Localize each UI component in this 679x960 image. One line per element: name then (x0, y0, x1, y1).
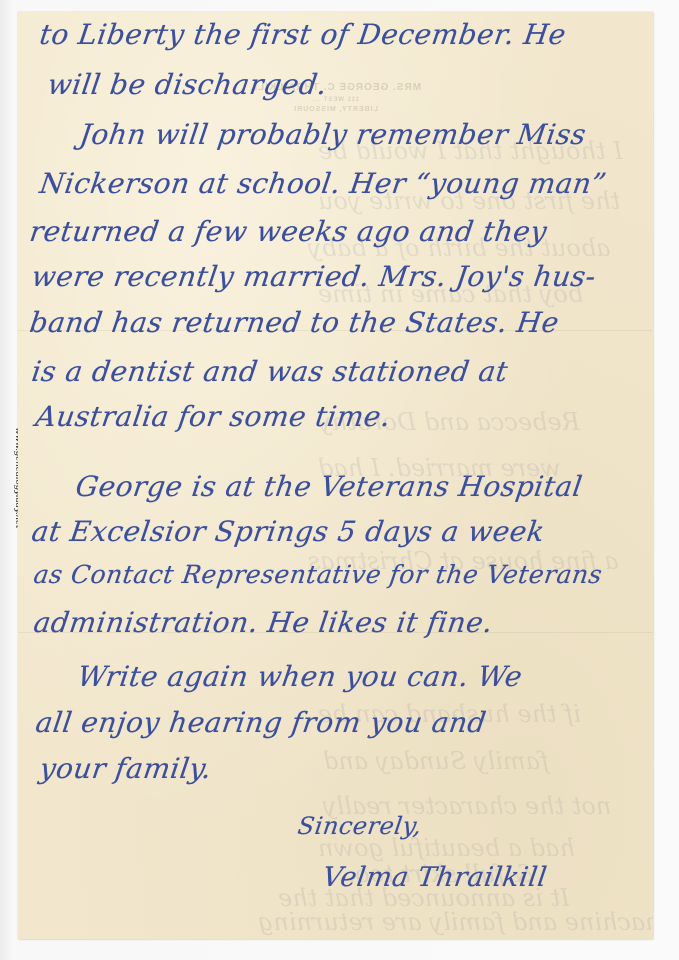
letter-page: MRS. GEORGE C. THRAILKILL 111 WEST ... L… (18, 12, 653, 939)
letter-line: Nickerson at school. Her “young man” (38, 167, 609, 200)
letter-line: at Excelsior Springs 5 days a week (30, 515, 547, 548)
letter-signature: Velma Thrailkill (321, 862, 549, 893)
letter-line: all enjoy hearing from you and (34, 706, 489, 739)
letter-line: returned a few weeks ago and they (28, 215, 550, 248)
letter-line: Write again when you can. We (76, 660, 525, 693)
letter-line: band has returned to the States. He (28, 306, 562, 339)
letter-line: George is at the Veterans Hospital (74, 470, 585, 503)
letter-line: your family. (38, 752, 214, 785)
letter-line: John will probably remember Miss (78, 118, 589, 151)
letter-line: were recently married. Mrs. Joy's hus- (30, 260, 598, 293)
bleed-through-line: family Sunday and (323, 747, 549, 775)
letter-line: will be discharged. (46, 68, 330, 101)
bleed-through-line: machine and family are returning (258, 908, 653, 936)
letter-line: to Liberty the first of December. He (38, 18, 569, 51)
letter-line: Australia for some time. (34, 400, 393, 433)
letter-closing: Sincerely, (296, 812, 424, 840)
letter-line: as Contact Representative for the Vetera… (32, 560, 604, 589)
letterhead-city: LIBERTY, MISSOURI (18, 106, 653, 113)
letter-line: administration. He likes it fine. (32, 606, 495, 639)
letter-line: is a dentist and was stationed at (30, 355, 510, 388)
